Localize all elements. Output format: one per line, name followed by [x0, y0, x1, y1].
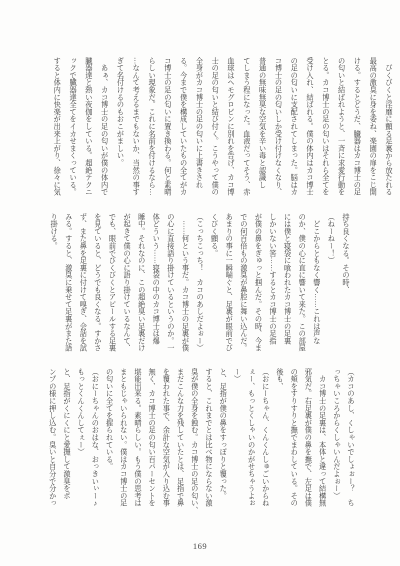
text-column: が起きて僕の心に語り掛けているなんて、	[120, 213, 135, 361]
text-column: には僕と寝袋に喰われたカコ博士の足裏	[280, 213, 295, 361]
text-column: と、足指がくにくにと愛撫して激臭をポ	[60, 368, 74, 516]
text-column: びくびくと淫靡に顫る足裏から放たれる	[380, 57, 396, 205]
text-column: とる。カコ博士の足の匂いはそれら全てを	[317, 57, 333, 205]
text-column: あぁ、カコ博士の足の匂いが僕の体内で	[96, 57, 112, 205]
text-column: のか、僕の心に直に響いて来た。この部屋	[295, 213, 310, 361]
text-column: てしまう程になった。血液だってそう、赤	[238, 57, 254, 205]
text-column: ……何という事だ。カコ博士の足裏が僕	[178, 213, 193, 361]
text-column: 血球はヘモグロビンに別れを告げ、カコ博	[222, 57, 238, 205]
text-column: （おにーちゃん、くんくんしゅごいからね	[259, 368, 273, 516]
text-column: カコ博士の足裏は、本体と違って結構無	[315, 368, 329, 516]
text-column: ンプの様に押し込む。臭いと自分で分かっ	[46, 368, 60, 516]
text-column: ー）	[230, 368, 244, 516]
text-column: ける。するとどうだ、臓器はカコ博士の足	[349, 57, 365, 205]
text-column: まともじゃいられない。僕はカコ博士の足	[117, 368, 131, 516]
text-column: 無く、カコ博士の足の匂い百パーセントを	[145, 368, 159, 516]
text-column: 最高の激臭に身を委ね、楽園の扉をこじ開	[364, 57, 380, 205]
text-column: の頬をすりすりと撫でまわしている。その	[287, 368, 301, 516]
book-page: びくびくと淫靡に顫る足裏から放たれる最高の激臭に身を委ね、楽園の扉をこじ開ける。…	[0, 0, 400, 566]
text-column: でも、眼前でびくびくとアピールする足裏	[105, 213, 120, 361]
text-column: での何百倍もの激臭が鼻腔に舞い込んだ。	[236, 213, 251, 361]
text-column: の足の匂いに支配されてしまった。脳はカ	[285, 57, 301, 205]
text-column: り掛ける。	[47, 213, 62, 361]
text-column: を覆われた事で、余計な空気が入り込む事	[159, 368, 173, 516]
text-column: 堪能出来る。素晴らしい。もう僕の思考は	[131, 368, 145, 516]
text-column: っちゃいころからくしゃいんだよぉー）	[330, 368, 344, 516]
text-column: が僕の鼻をぎゅっと掴んだ。その時、今ま	[251, 213, 266, 361]
text-column: …なんて考えるまでもないか、当然の事す	[127, 57, 143, 205]
text-column: 睡中。それなのに、この超絶臭い足裏だけ	[134, 213, 149, 361]
text-column: すると、これまでとは比べ物にならない激	[202, 368, 216, 516]
text-column: らしい現象だ。これに名前を付けるなら…	[143, 57, 159, 205]
text-column: （カコのあし、くしゃいでしょぉー？ ち	[344, 368, 358, 516]
text-column: まだこんな力を残していたとは、足指で鼻	[173, 368, 187, 516]
text-column: 全身がカコ博士の足の匂いに上書きされ	[191, 57, 207, 205]
text-column: る。今まで僕を構成していたもの全てがカ	[175, 57, 191, 205]
text-column: 持ち良くなる。その時、	[338, 213, 353, 361]
text-band-bottom: （カコのあし、くしゃいでしょぉー？ ちっちゃいころからくしゃいんだよぉー） カコ…	[46, 368, 358, 516]
text-column: コ博士の足の匂いしか受け付けなくなり、	[270, 57, 286, 205]
text-column: 臓器達と熱い夜伽をしている。超絶テクニ	[80, 57, 96, 205]
text-column: （ねーねー！）	[324, 213, 339, 361]
text-column: 普通の無味無臭な空気を辛い毒と認識し	[254, 57, 270, 205]
text-column: すると体内に快楽が出来上がり、徐々に気	[48, 57, 64, 205]
text-column: あまりの事に一瞬喘ぐと、足裏が眼前でび	[222, 213, 237, 361]
text-column: みる。すると、激臭に乗せて足裏がまた語	[61, 213, 76, 361]
text-column: の心に直接語り掛けているというのか。一	[163, 213, 178, 361]
text-band-middle: 持ち良くなる。その時、（ねーねー！） どこからともなく響く……これは声なのか、僕…	[47, 213, 353, 361]
text-column: どこからともなく響く……これは声な	[309, 213, 324, 361]
text-column: くびく顫る。	[207, 213, 222, 361]
text-column: 受け入れ、結ばれる。僕の体内はカコ博士	[301, 57, 317, 205]
text-column: 士の足の匂いと結び付く。こうやって僕の	[206, 57, 222, 205]
text-column: しかいない筈……するとカコ博士の足指	[265, 213, 280, 361]
text-column: 体どういう……寝袋の中のカコ博士は爆	[149, 213, 164, 361]
text-column: ぇー、もっとくしゃいのかがせちゃうよぉ	[244, 368, 258, 516]
text-column: コ博士の足の匂いに置き換わる。何と素晴	[159, 57, 175, 205]
text-column: ックで臓器達全てをイカせまくっている。	[64, 57, 80, 205]
text-column: の匂いに全てを握られている。	[102, 368, 116, 516]
text-column: （おにーちゃんのおはな、おっきいぃー♪	[88, 368, 102, 516]
text-band-top: びくびくと淫靡に顫る足裏から放たれる最高の激臭に身を委ね、楽園の扉をこじ開ける。…	[48, 57, 396, 205]
text-column: 臭が僕の全身を蝕む。カコ博士の足の匂い、	[188, 368, 202, 516]
text-column: もっとくんくんしてぇー）	[74, 368, 88, 516]
text-column: 邪気だ。右足裏が僕の鼻を撫で、左足は僕	[301, 368, 315, 516]
page-number: 169	[0, 541, 400, 551]
text-column: 後も、	[273, 368, 287, 516]
text-column: （こっちこっち！ カコのあしだよぉー）	[192, 213, 207, 361]
text-column: ず、また鼻を足裏に付けて嗅ぎ、会話を試	[76, 213, 91, 361]
text-column: ぎて名付けるのもおこがましい。	[112, 57, 128, 205]
text-column: を見ていると、どうでも良くなる。すかさ	[90, 213, 105, 361]
text-column: の匂いと結ばれようと、一斉に求愛行動を	[333, 57, 349, 205]
text-column: と、足指が僕の鼻をすっぽりと覆った。	[216, 368, 230, 516]
